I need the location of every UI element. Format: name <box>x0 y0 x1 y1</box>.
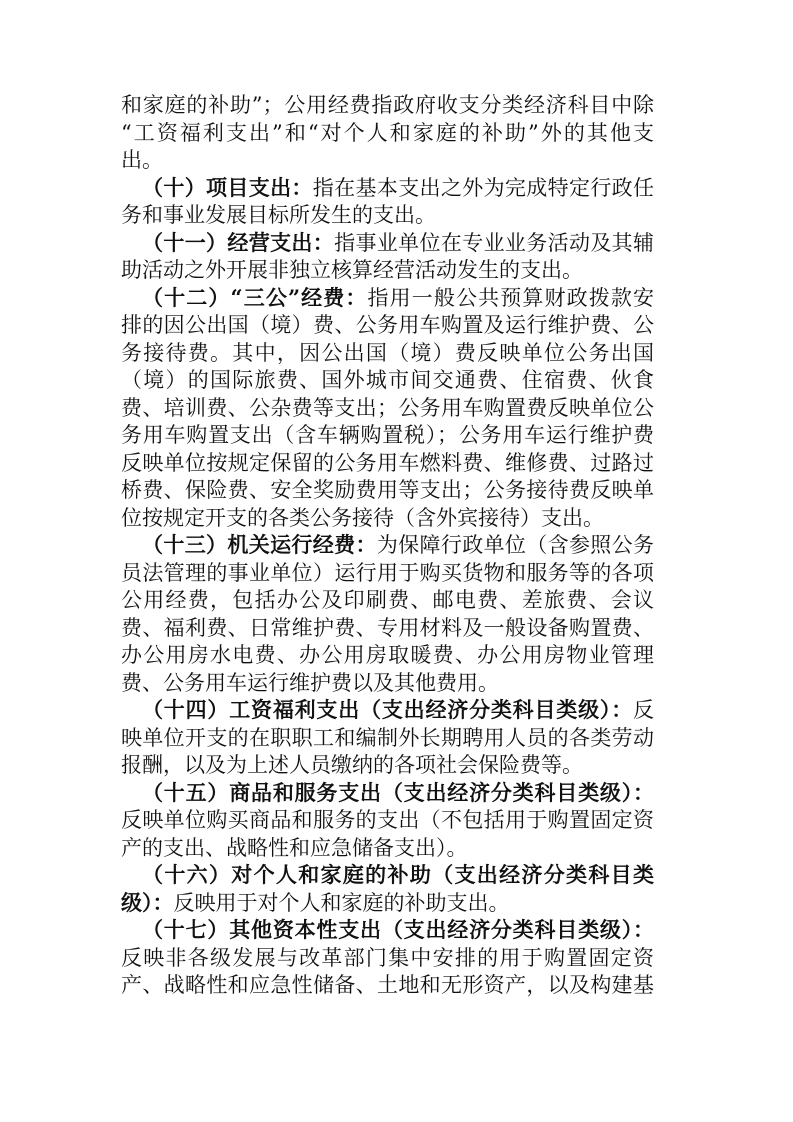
text-line: 产、战略性和应急性储备、土地和无形资产，以及构建基 <box>121 971 654 999</box>
body-text: 费、公务用车运行维护费以及其他费用。 <box>121 671 499 695</box>
section-heading-line: （十三）机关运行经费：为保障行政单位（含参照公务 <box>121 531 654 559</box>
text-line: 产的支出、战略性和应急储备支出）。 <box>121 834 654 862</box>
bold-heading: （十二）“三公”经费： <box>142 285 368 310</box>
section-heading-line: （十二）“三公”经费：指用一般公共预算财政拨款安 <box>121 284 654 312</box>
bold-heading: （十六）对个人和家庭的补助（支出经济分类科目类 <box>142 862 654 887</box>
body-text: 助活动之外开展非独立核算经营活动发生的支出。 <box>121 258 583 282</box>
text-line: 费、公务用车运行维护费以及其他费用。 <box>121 669 654 697</box>
text-line: 办公用房水电费、办公用房取暖费、办公用房物业管理 <box>121 641 654 669</box>
text-line: 报酬，以及为上述人员缴纳的各项社会保险费等。 <box>121 751 654 779</box>
body-text: 桥费、保险费、安全奖励费用等支出；公务接待费反映单 <box>121 478 654 502</box>
body-text: 反 <box>633 698 654 722</box>
text-line: 位按规定开支的各类公务接待（含外宾接待）支出。 <box>121 504 654 532</box>
section-heading-line: （十五）商品和服务支出（支出经济分类科目类级）： <box>121 779 654 807</box>
text-line: “工资福利支出”和“对个人和家庭的补助”外的其他支 <box>121 119 654 147</box>
body-text: 和家庭的补助”；公用经费指政府收支分类经济科目中除 <box>121 93 654 117</box>
body-text: （境）的国际旅费、国外城市间交通费、住宿费、伙食 <box>121 368 654 392</box>
body-text: 务接待费。其中，因公出国（境）费反映单位公务出国 <box>121 341 654 365</box>
body-text: 产、战略性和应急性储备、土地和无形资产，以及构建基 <box>121 973 654 997</box>
text-line: 费、福利费、日常维护费、专用材料及一般设备购置费、 <box>121 614 654 642</box>
text-line: 出。 <box>121 146 654 174</box>
body-text: 费、培训费、公杂费等支出；公务用车购置费反映单位公 <box>121 396 654 420</box>
body-text: 费、福利费、日常维护费、专用材料及一般设备购置费、 <box>121 616 654 640</box>
body-text: 反映非各级发展与改革部门集中安排的用于购置固定资 <box>121 946 654 970</box>
bold-heading: （十七）其他资本性支出（支出经济分类科目类级）： <box>142 917 654 942</box>
body-text: 反映单位购买商品和服务的支出（不包括用于购置固定资 <box>121 808 654 832</box>
text-line: 务和事业发展目标所发生的支出。 <box>121 201 654 229</box>
body-text: “工资福利支出”和“对个人和家庭的补助”外的其他支 <box>121 121 654 145</box>
body-text: 办公用房水电费、办公用房取暖费、办公用房物业管理 <box>121 643 654 667</box>
body-text: 指在基本支出之外为完成特定行政任 <box>313 176 654 200</box>
text-line: 务用车购置支出（含车辆购置税）；公务用车运行维护费 <box>121 421 654 449</box>
body-text: 指用一般公共预算财政拨款安 <box>368 286 654 310</box>
section-heading-line: （十六）对个人和家庭的补助（支出经济分类科目类 <box>121 861 654 889</box>
bold-heading: （十四）工资福利支出（支出经济分类科目类级）： <box>142 697 633 722</box>
body-text: 排的因公出国（境）费、公务用车购置及运行维护费、公 <box>121 313 654 337</box>
body-text: 公用经费，包括办公及印刷费、邮电费、差旅费、会议 <box>121 588 654 612</box>
body-text: 位按规定开支的各类公务接待（含外宾接待）支出。 <box>121 506 604 530</box>
section-heading-line: （十）项目支出：指在基本支出之外为完成特定行政任 <box>121 174 654 202</box>
text-line: 员法管理的事业单位）运行用于购买货物和服务等的各项 <box>121 559 654 587</box>
text-line: 助活动之外开展非独立核算经营活动发生的支出。 <box>121 256 654 284</box>
text-line: 桥费、保险费、安全奖励费用等支出；公务接待费反映单 <box>121 476 654 504</box>
text-line: 排的因公出国（境）费、公务用车购置及运行维护费、公 <box>121 311 654 339</box>
text-line: 级）：反映用于对个人和家庭的补助支出。 <box>121 889 654 917</box>
body-text: 报酬，以及为上述人员缴纳的各项社会保险费等。 <box>121 753 583 777</box>
text-line: 务接待费。其中，因公出国（境）费反映单位公务出国 <box>121 339 654 367</box>
text-line: 费、培训费、公杂费等支出；公务用车购置费反映单位公 <box>121 394 654 422</box>
body-text: 务和事业发展目标所发生的支出。 <box>121 203 436 227</box>
section-heading-line: （十一）经营支出：指事业单位在专业业务活动及其辅 <box>121 229 654 257</box>
document-page: 和家庭的补助”；公用经费指政府收支分类经济科目中除 “工资福利支出”和“对个人和… <box>121 91 654 999</box>
body-text: 员法管理的事业单位）运行用于购买货物和服务等的各项 <box>121 561 654 585</box>
body-text: 务用车购置支出（含车辆购置税）；公务用车运行维护费 <box>121 423 654 447</box>
body-text: 反映单位按规定保留的公务用车燃料费、维修费、过路过 <box>121 451 654 475</box>
text-line: 映单位开支的在职职工和编制外长期聘用人员的各类劳动 <box>121 724 654 752</box>
bold-heading: （十）项目支出： <box>142 175 313 200</box>
bold-heading: （十一）经营支出： <box>142 230 334 255</box>
text-line: 反映非各级发展与改革部门集中安排的用于购置固定资 <box>121 944 654 972</box>
text-line: 反映单位购买商品和服务的支出（不包括用于购置固定资 <box>121 806 654 834</box>
body-text: 产的支出、战略性和应急储备支出）。 <box>121 836 468 860</box>
body-text: 反映用于对个人和家庭的补助支出。 <box>174 891 510 915</box>
body-text: 指事业单位在专业业务活动及其辅 <box>334 231 654 255</box>
bold-heading: 级）： <box>121 890 174 915</box>
body-text: 映单位开支的在职职工和编制外长期聘用人员的各类劳动 <box>121 726 654 750</box>
text-line: 反映单位按规定保留的公务用车燃料费、维修费、过路过 <box>121 449 654 477</box>
section-heading-line: （十七）其他资本性支出（支出经济分类科目类级）： <box>121 916 654 944</box>
text-line: （境）的国际旅费、国外城市间交通费、住宿费、伙食 <box>121 366 654 394</box>
text-line: 和家庭的补助”；公用经费指政府收支分类经济科目中除 <box>121 91 654 119</box>
body-text: 为保障行政单位（含参照公务 <box>377 533 654 557</box>
bold-heading: （十三）机关运行经费： <box>142 532 377 557</box>
body-text: 出。 <box>121 148 163 172</box>
text-line: 公用经费，包括办公及印刷费、邮电费、差旅费、会议 <box>121 586 654 614</box>
section-heading-line: （十四）工资福利支出（支出经济分类科目类级）：反 <box>121 696 654 724</box>
bold-heading: （十五）商品和服务支出（支出经济分类科目类级）： <box>142 780 654 805</box>
